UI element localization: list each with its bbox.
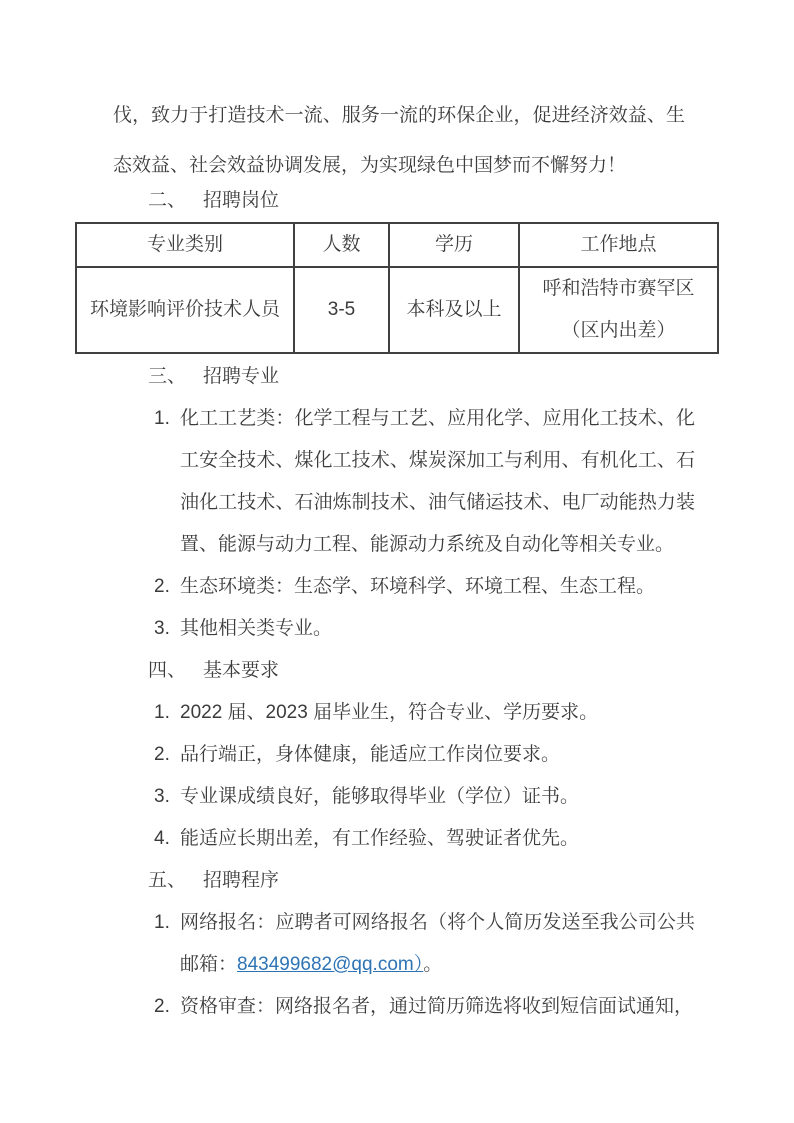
item-number: 3. (154, 608, 170, 650)
item-text: 能适应长期出差，有工作经验、驾驶证者优先。 (180, 828, 579, 849)
intro-paragraph: 伐，致力于打造技术一流、服务一流的环保企业，促进经济效益、生态效益、社会效益协调… (113, 91, 685, 191)
section-number: 二、 (148, 180, 203, 222)
list-item: 1.2022 届、2023 届毕业生，符合专业、学历要求。 (180, 692, 695, 734)
section-title: 招聘岗位 (203, 190, 279, 211)
item-text: 专业课成绩良好，能够取得毕业（学位）证书。 (180, 786, 579, 807)
list-item: 3.专业课成绩良好，能够取得毕业（学位）证书。 (180, 776, 695, 818)
item-number: 3. (154, 776, 170, 818)
majors-list: 1.化工工艺类：化学工程与工艺、应用化学、应用化工技术、化工安全技术、煤化工技术… (0, 398, 794, 650)
table-header-row: 专业类别 人数 学历 工作地点 (76, 223, 718, 267)
item-number: 2. (154, 734, 170, 776)
list-item: 2.品行端正，身体健康，能适应工作岗位要求。 (180, 734, 695, 776)
item-number: 1. (154, 692, 170, 734)
section-heading-procedure: 五、招聘程序 (148, 860, 794, 902)
section-title: 招聘程序 (203, 870, 279, 891)
list-item: 1.网络报名：应聘者可网络报名（将个人简历发送至我公司公共邮箱：84349968… (180, 902, 695, 986)
section-title: 招聘专业 (203, 366, 279, 387)
item-number: 2. (154, 566, 170, 608)
cell-degree: 本科及以上 (389, 267, 519, 353)
procedure-list: 1.网络报名：应聘者可网络报名（将个人简历发送至我公司公共邮箱：84349968… (0, 902, 794, 1028)
positions-table: 专业类别 人数 学历 工作地点 环境影响评价技术人员 3-5 本科及以上 呼和浩… (75, 222, 719, 354)
item-number: 1. (154, 902, 170, 944)
section-heading-basic-req: 四、基本要求 (148, 650, 794, 692)
section-heading-recruit-major: 三、招聘专业 (148, 356, 794, 398)
item-number: 2. (154, 986, 170, 1028)
item-text: 化工工艺类：化学工程与工艺、应用化学、应用化工技术、化工安全技术、煤化工技术、煤… (180, 408, 695, 555)
table-row: 环境影响评价技术人员 3-5 本科及以上 呼和浩特市赛罕区 （区内出差） (76, 267, 718, 353)
item-number: 1. (154, 398, 170, 440)
document-page: 伐，致力于打造技术一流、服务一流的环保企业，促进经济效益、生态效益、社会效益协调… (0, 0, 794, 1123)
section-number: 五、 (148, 860, 203, 902)
list-item: 2.生态环境类：生态学、环境科学、环境工程、生态工程。 (180, 566, 695, 608)
item-text: 生态环境类：生态学、环境科学、环境工程、生态工程。 (180, 576, 655, 597)
item-number: 4. (154, 818, 170, 860)
col-header-major: 专业类别 (76, 223, 294, 267)
document-content: 二、招聘岗位 专业类别 人数 学历 工作地点 环境影响评价技术人员 3-5 本科… (0, 180, 794, 1028)
section-number: 四、 (148, 650, 203, 692)
section-title: 基本要求 (203, 660, 279, 681)
cell-major: 环境影响评价技术人员 (76, 267, 294, 353)
item-text-post: 。 (423, 954, 442, 975)
list-item: 1.化工工艺类：化学工程与工艺、应用化学、应用化工技术、化工安全技术、煤化工技术… (180, 398, 695, 566)
item-text: 2022 届、2023 届毕业生，符合专业、学历要求。 (180, 702, 598, 723)
cell-count: 3-5 (294, 267, 389, 353)
item-text: 其他相关类专业。 (180, 618, 332, 639)
col-header-location: 工作地点 (519, 223, 718, 267)
list-item: 2.资格审查：网络报名者，通过简历筛选将收到短信面试通知， (180, 986, 695, 1028)
col-header-count: 人数 (294, 223, 389, 267)
email-link[interactable]: 843499682@qq.com） (237, 954, 423, 975)
list-item: 3.其他相关类专业。 (180, 608, 695, 650)
requirements-list: 1.2022 届、2023 届毕业生，符合专业、学历要求。 2.品行端正，身体健… (0, 692, 794, 860)
section-number: 三、 (148, 356, 203, 398)
col-header-degree: 学历 (389, 223, 519, 267)
item-text: 品行端正，身体健康，能适应工作岗位要求。 (180, 744, 560, 765)
cell-location: 呼和浩特市赛罕区 （区内出差） (519, 267, 718, 353)
list-item: 4.能适应长期出差，有工作经验、驾驶证者优先。 (180, 818, 695, 860)
item-text: 资格审查：网络报名者，通过简历筛选将收到短信面试通知， (180, 996, 693, 1017)
